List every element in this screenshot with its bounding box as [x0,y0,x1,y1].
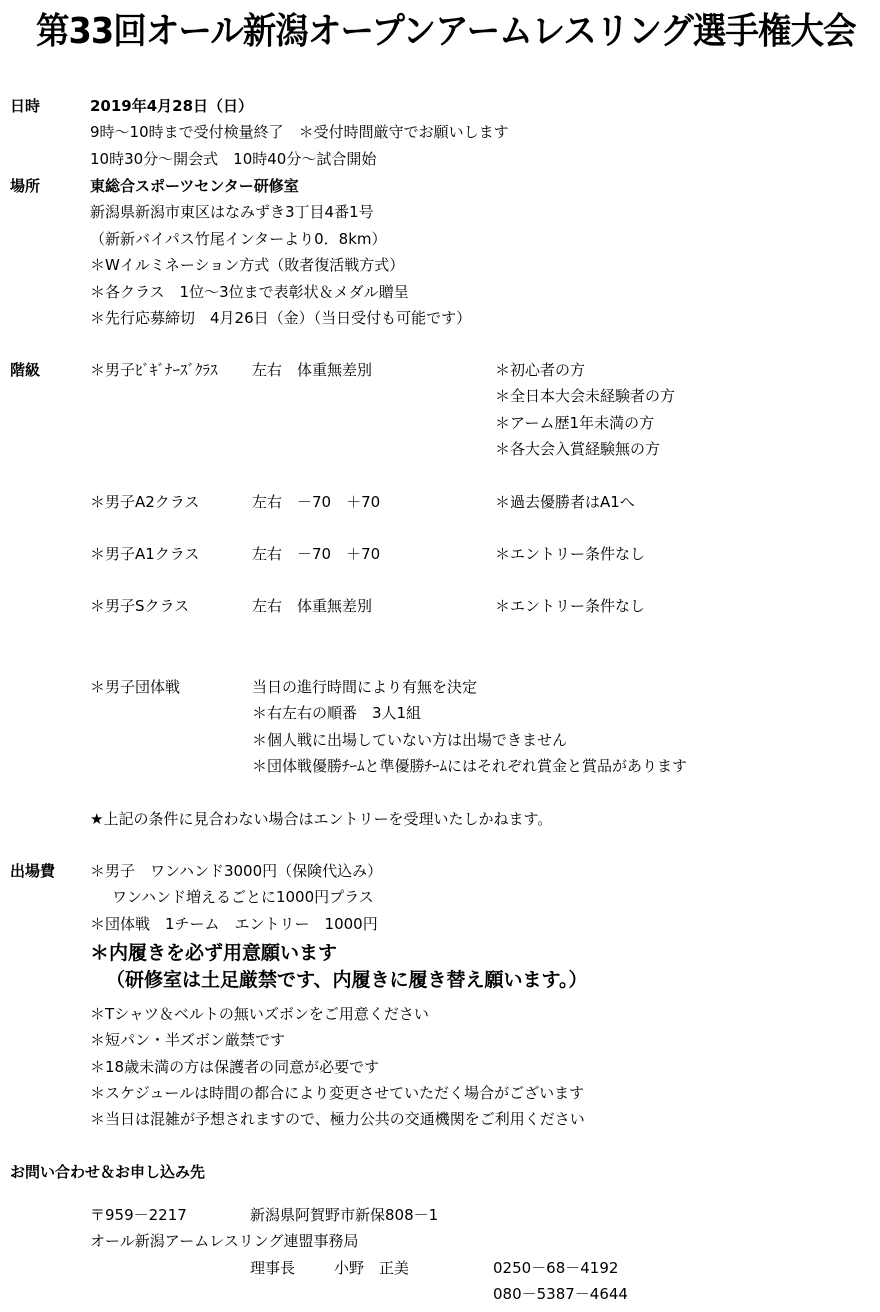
fee-line: ＊団体戦 1チーム エントリー 1000円 [90,917,378,932]
class-weight: 左右 体重無差別 [252,363,372,378]
venue-note: ＊各クラス 1位～3位まで表彰状＆メダル贈呈 [90,285,409,300]
venue-address: 新潟県新潟市東区はなみずき3丁目4番1号 [90,205,374,220]
classes-label: 階級 [10,363,40,378]
class-name: ＊男子A1クラス [90,547,199,562]
event-date: 2019年4月28日（日） [90,99,253,114]
team-note: ＊個人戦に出場していない方は出場できません [252,733,567,748]
fee-line: ワンハンド増えるごとに1000円プラス [112,890,374,905]
phone-number: 080－5387－4644 [493,1287,628,1302]
venue-label: 場所 [10,179,40,194]
class-condition: ＊アーム歴1年未満の方 [495,416,654,431]
entry-disclaimer: ★上記の条件に見合わない場合はエントリーを受理いたしかねます。 [90,812,552,827]
fee-label: 出場費 [10,864,55,879]
class-condition: ＊過去優勝者はA1へ [495,495,635,510]
class-condition: ＊全日本大会未経験者の方 [495,389,675,404]
fee-line: ＊男子 ワンハンド3000円（保険代込み） [90,864,382,879]
class-name: ＊男子Sクラス [90,599,189,614]
contact-address: 新潟県阿賀野市新保808－1 [250,1208,438,1223]
phone-number: 0250－68－4192 [493,1261,618,1276]
class-weight: 左右 －70 ＋70 [252,495,380,510]
postal-code: 〒959－2217 [90,1208,187,1223]
fee-note: ＊18歳未満の方は保護者の同意が必要です [90,1060,379,1075]
class-condition: ＊各大会入賞経験無の方 [495,442,660,457]
contact-person: 小野 正美 [334,1261,409,1276]
fee-note: ＊当日は混雑が予想されますので、極力公共の交通機関をご利用ください [90,1112,585,1127]
class-condition: ＊初心者の方 [495,363,585,378]
team-name: ＊男子団体戦 [90,680,180,695]
datetime-label: 日時 [10,99,40,114]
class-weight: 左右 －70 ＋70 [252,547,380,562]
contact-role: 理事長 [250,1261,295,1276]
class-condition: ＊エントリー条件なし [495,599,645,614]
team-note: ＊右左右の順番 3人1組 [252,706,421,721]
reception-time: 9時～10時まで受付検量終了 ＊受付時間厳守でお願いします [90,125,509,140]
class-name: ＊男子ﾋﾞｷﾞﾅｰｽﾞｸﾗｽ [90,363,218,378]
team-note: ＊団体戦優勝ﾁｰﾑと準優勝ﾁｰﾑにはそれぞれ賞金と賞品があります [252,759,687,774]
contact-heading: お問い合わせ＆お申し込み先 [10,1165,205,1180]
fee-note: ＊スケジュールは時間の都合により変更させていただく場合がございます [90,1086,584,1101]
page-title: 第33回オール新潟オープンアームレスリング選手権大会 [36,14,856,50]
venue-note: ＊先行応募締切 4月26日（金）（当日受付も可能です） [90,311,471,326]
venue-access: （新新バイパス竹尾インターより0．8km） [90,232,387,247]
fee-note: ＊Tシャツ＆ベルトの無いズボンをご用意ください [90,1007,429,1022]
opening-time: 10時30分～開会式 10時40分～試合開始 [90,152,376,167]
team-desc: 当日の進行時間により有無を決定 [252,680,477,695]
indoor-shoes-notice: ＊内履きを必ず用意願います [90,944,337,963]
venue-name: 東総合スポーツセンター研修室 [90,179,299,194]
class-name: ＊男子A2クラス [90,495,199,510]
class-condition: ＊エントリー条件なし [495,547,645,562]
fee-note: ＊短パン・半ズボン厳禁です [90,1033,285,1048]
class-weight: 左右 体重無差別 [252,599,372,614]
venue-note: ＊Wイルミネーション方式（敗者復活戦方式） [90,258,404,273]
indoor-shoes-detail: （研修室は土足厳禁です、内履きに履き替え願います。） [106,971,587,990]
organization-name: オール新潟アームレスリング連盟事務局 [90,1234,359,1249]
